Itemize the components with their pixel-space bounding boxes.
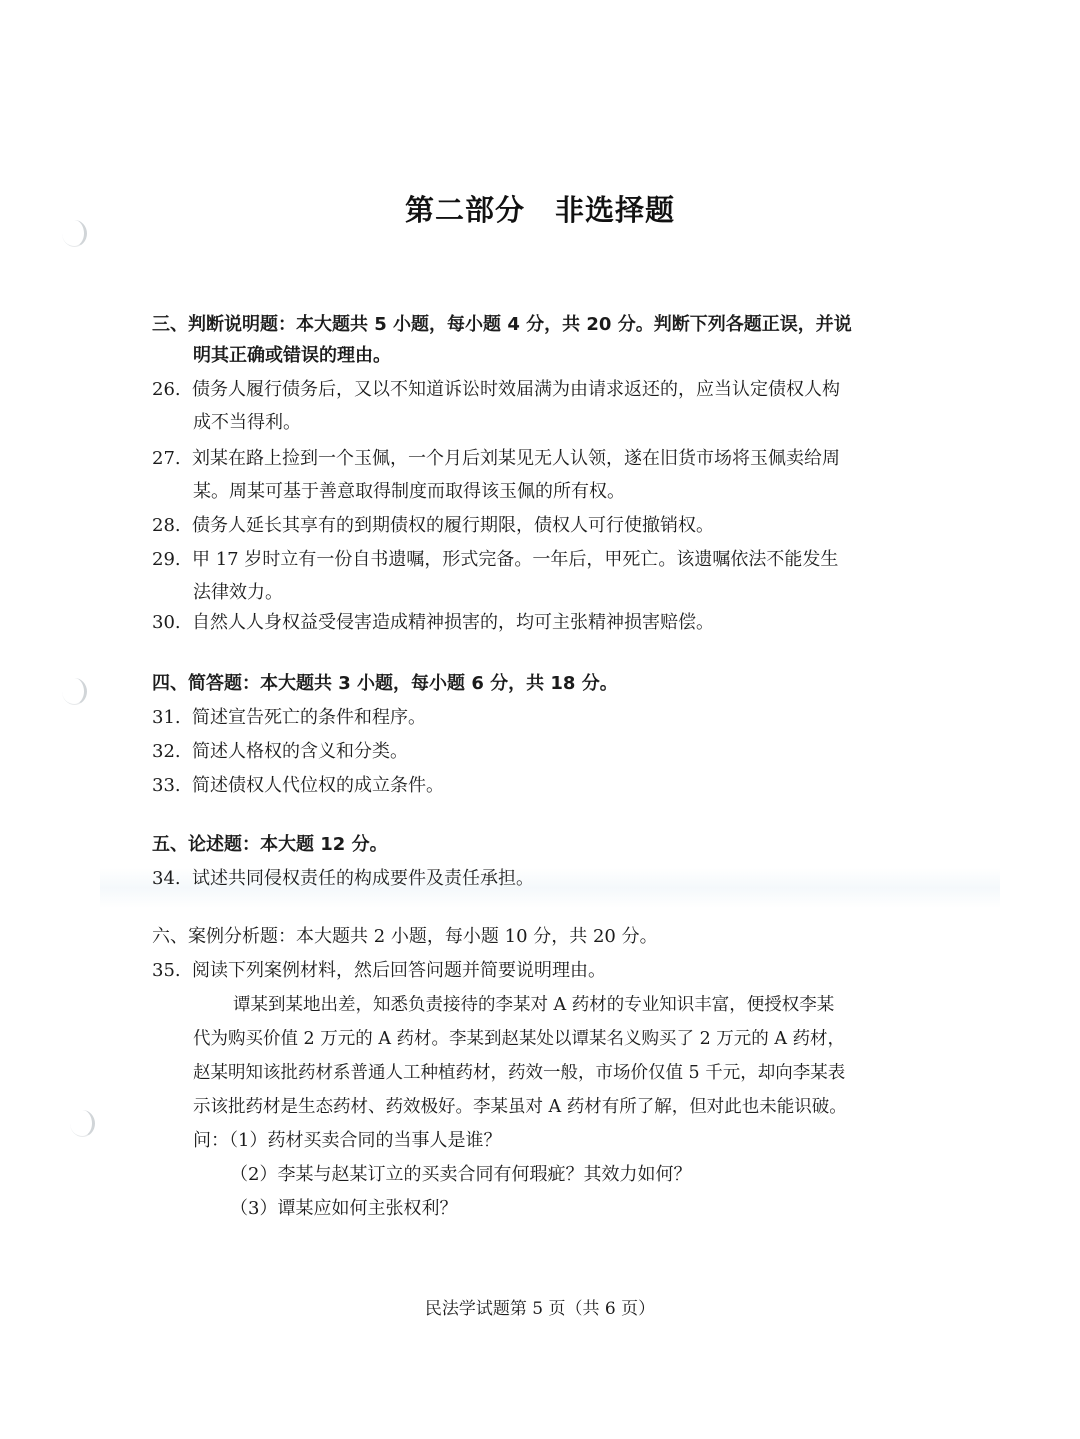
question-29: 29.甲 17 岁时立有一份自书遗嘱，形式完备。一年后，甲死亡。该遗嘱依法不能发…: [152, 549, 838, 571]
section-5-heading: 五、论述题：本大题 12 分。: [152, 834, 388, 856]
section-6-heading: 六、案例分析题：本大题共 2 小题，每小题 10 分，共 20 分。: [152, 926, 658, 948]
sub-question-1: 问：（1）药材买卖合同的当事人是谁？: [193, 1130, 501, 1152]
page-footer: 民法学试题第 5 页（共 6 页）: [0, 1294, 1080, 1319]
binder-hole-mark: [70, 1110, 95, 1137]
case-text-line: 代为购买价值 2 万元的 A 药材。李某到赵某处以谭某名义购买了 2 万元的 A…: [193, 1028, 845, 1050]
binder-hole-mark: [62, 678, 87, 705]
question-30: 30.自然人人身权益受侵害造成精神损害的，均可主张精神损害赔偿。: [152, 612, 714, 634]
case-text-line: 谭某到某地出差，知悉负责接待的李某对 A 药材的专业知识丰富，便授权李某: [233, 994, 834, 1016]
question-35: 35.阅读下列案例材料，然后回答问题并简要说明理由。: [152, 960, 606, 982]
case-text-line: 示该批药材是生态药材、药效极好。李某虽对 A 药材有所了解，但对此也未能识破。: [193, 1096, 847, 1118]
question-31: 31.简述宣告死亡的条件和程序。: [152, 707, 426, 729]
section-3-heading-cont: 明其正确或错误的理由。: [193, 345, 391, 367]
question-32: 32.简述人格权的含义和分类。: [152, 741, 408, 763]
question-28: 28.债务人延长其享有的到期债权的履行期限，债权人可行使撤销权。: [152, 515, 714, 537]
question-26-cont: 成不当得利。: [193, 412, 301, 434]
question-27: 27.刘某在路上捡到一个玉佩，一个月后刘某见无人认领，遂在旧货市场将玉佩卖给周: [152, 448, 840, 470]
question-29-cont: 法律效力。: [193, 582, 283, 604]
question-26: 26.债务人履行债务后，又以不知道诉讼时效届满为由请求返还的，应当认定债权人构: [152, 379, 840, 401]
section-3-heading: 三、判断说明题：本大题共 5 小题，每小题 4 分，共 20 分。判断下列各题正…: [152, 314, 852, 336]
page-title: 第二部分非选择题: [0, 188, 1080, 229]
sub-question-3: （3）谭某应如何主张权利？: [230, 1198, 457, 1220]
question-33: 33.简述债权人代位权的成立条件。: [152, 775, 444, 797]
title-part: 第二部分: [405, 193, 525, 227]
sub-question-2: （2）李某与赵某订立的买卖合同有何瑕疵？其效力如何？: [230, 1164, 691, 1186]
case-text-line: 赵某明知该批药材系普通人工种植药材，药效一般，市场价仅值 5 千元，却向李某表: [193, 1062, 845, 1084]
section-4-heading: 四、简答题：本大题共 3 小题，每小题 6 分，共 18 分。: [152, 673, 618, 695]
question-34: 34.试述共同侵权责任的构成要件及责任承担。: [152, 868, 534, 890]
question-27-cont: 某。周某可基于善意取得制度而取得该玉佩的所有权。: [193, 481, 625, 503]
title-name: 非选择题: [555, 193, 675, 227]
